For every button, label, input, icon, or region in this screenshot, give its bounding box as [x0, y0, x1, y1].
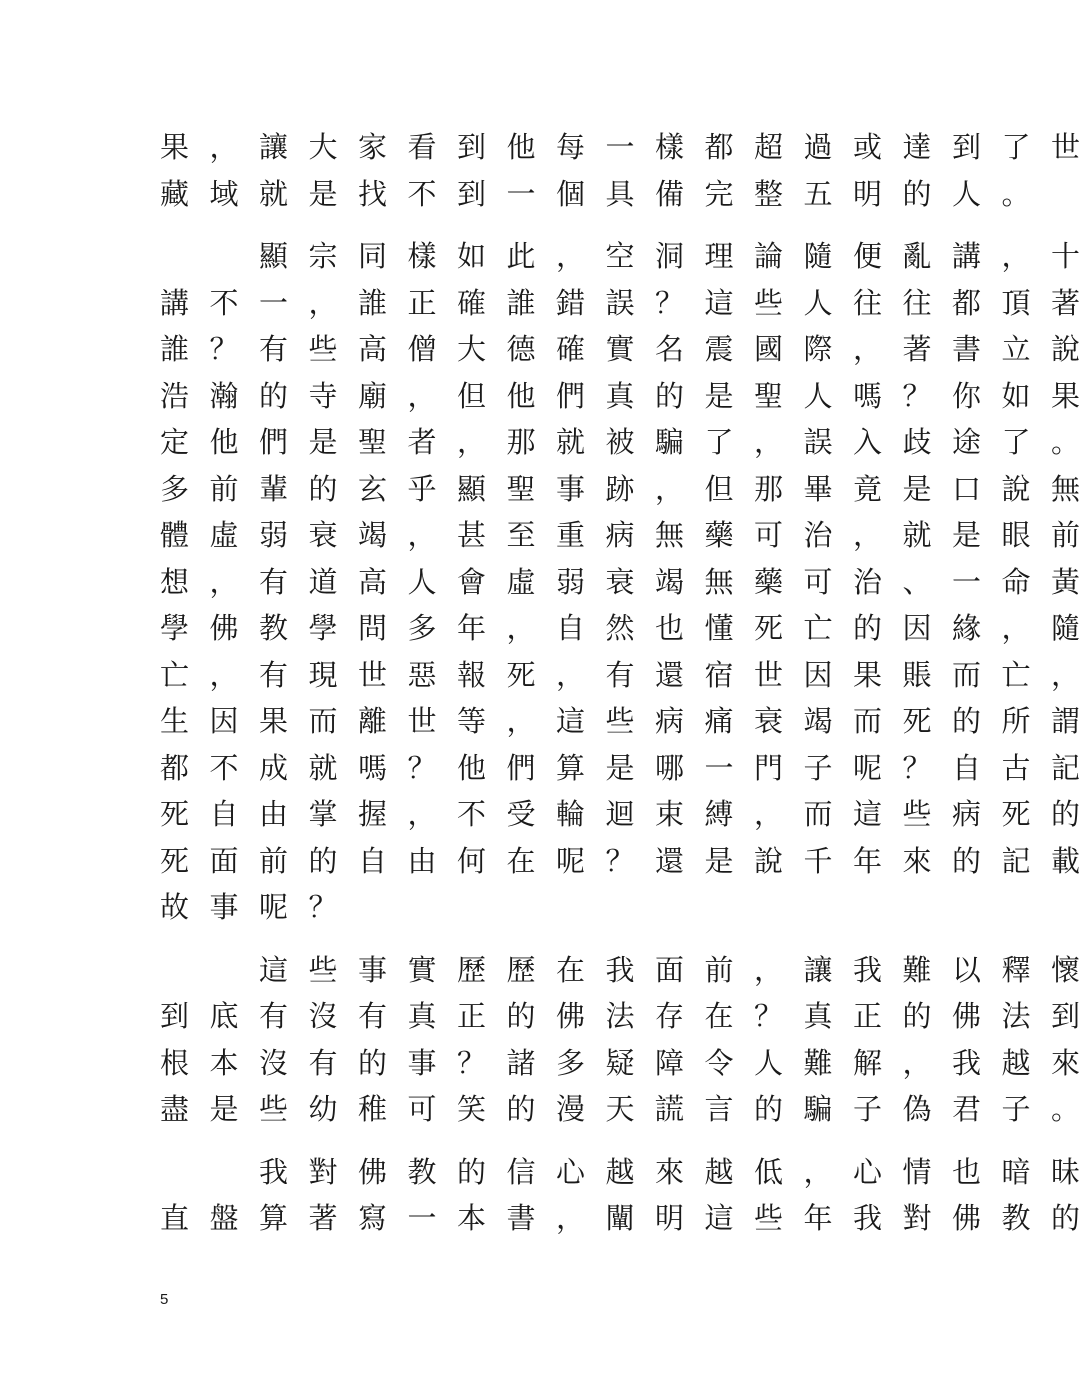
text-line: 藏域就是找不到一個具備完整五明的人。 [160, 171, 970, 218]
document-page: 果，讓大家看到他每一樣都超過或達到了世間專家的水平，查遍 藏域就是找不到一個具備… [0, 0, 1080, 1397]
text-line: 我對佛教的信心越來越低，心情也暗昧不快，那段時間我一 [160, 1149, 970, 1196]
text-line: 盡是些幼稚可笑的漫天謊言的騙子偽君子。 [160, 1086, 970, 1133]
text-line: 生因果而離世等，這些病痛衰竭而死的所謂高僧大德，難道一個 [160, 698, 970, 745]
text-line: 根本沒有的事？諸多疑障令人難解，我越來越覺得當今佛教界， [160, 1040, 970, 1087]
text-line: 講不一，誰正確誰錯誤？這些人往往都頂著高僧的稱號，你選擇 [160, 280, 970, 327]
text-line: 誰？有些高僧大德確實名震國際，著書立說百部之多，建立龐大 [160, 326, 970, 373]
text-line: 直盤算著寫一本書，闡明這些年我對佛教的考證認知。一天，我 [160, 1195, 970, 1242]
paragraph-4: 我對佛教的信心越來越低，心情也暗昧不快，那段時間我一 直盤算著寫一本書，闡明這些… [160, 1149, 970, 1242]
text-line: 想，有道高人會虛弱衰竭無藥可治、一命黃泉慘絕人寰嗎？我研 [160, 559, 970, 606]
text-line: 故事呢？ [160, 884, 970, 931]
text-line: 這些事實歷歷在我面前，讓我難以釋懷，盤踞導引我的認知， [160, 947, 970, 994]
text-line: 體虛弱衰竭，甚至重病無藥可治，就是眼前的事實啊！大家想一 [160, 512, 970, 559]
text-line: 到底有沒有真正的佛法存在？真正的佛法到底是失傳了呢，還是 [160, 993, 970, 1040]
text-line: 顯宗同樣如此，空洞理論隨便亂講，十個和尚至少有六個各 [160, 233, 970, 280]
text-line: 定他們是聖者，那就被騙了，誤入歧途了。不錯，他們會講出很 [160, 419, 970, 466]
text-line: 死自由掌握，不受輪迴束縛，而這些病死的所謂高人，他們在生 [160, 791, 970, 838]
text-line: 亡，有現世惡報死，有還宿世因果賬而亡，有非時之死，有隨眾 [160, 652, 970, 699]
paragraph-1: 果，讓大家看到他每一樣都超過或達到了世間專家的水平，查遍 藏域就是找不到一個具備… [160, 124, 970, 217]
text-line: 浩瀚的寺廟，但他們真的是聖人嗎？你如果因為這些表象，就認 [160, 373, 970, 420]
page-number: 5 [160, 1291, 168, 1308]
paragraph-3: 這些事實歷歷在我面前，讓我難以釋懷，盤踞導引我的認知， 到底有沒有真正的佛法存在… [160, 947, 970, 1133]
text-line: 都不成就嗎？他們算是哪一門子呢？自古記載的有道高人都是生 [160, 745, 970, 792]
body-text: 果，讓大家看到他每一樣都超過或達到了世間專家的水平，查遍 藏域就是找不到一個具備… [160, 124, 970, 1258]
paragraph-2: 顯宗同樣如此，空洞理論隨便亂講，十個和尚至少有六個各 講不一，誰正確誰錯誤？這些… [160, 233, 970, 931]
text-line: 果，讓大家看到他每一樣都超過或達到了世間專家的水平，查遍 [160, 124, 970, 171]
text-line: 死面前的自由何在呢？還是說千年來的記載本身就是虛假的傳說 [160, 838, 970, 885]
text-line: 學佛教學問多年，自然也懂死亡的因緣，隨其因果，有不同的死 [160, 605, 970, 652]
text-line: 多前輩的玄乎顯聖事跡，但那畢竟是口說無憑啊，而他們自己身 [160, 466, 970, 513]
